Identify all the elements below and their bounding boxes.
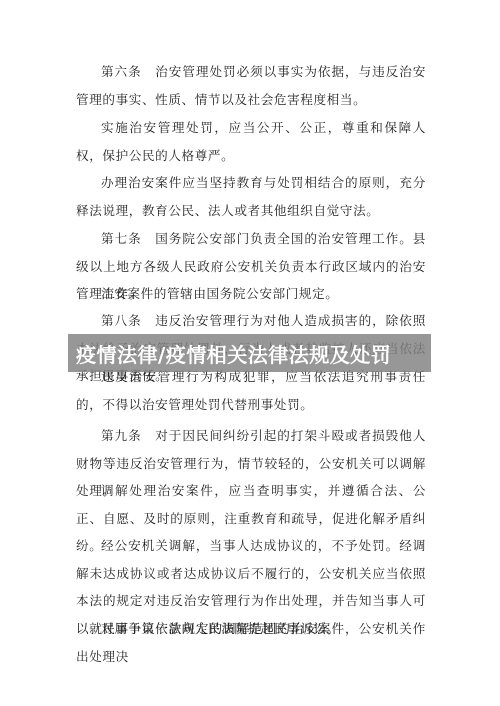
banner-title: 疫情法律/疫情相关法律法规及处罚 (76, 339, 391, 368)
title-banner: 疫情法律/疫情相关法律法规及处罚 (68, 334, 431, 372)
paragraph-article-9-clause-4: 对属于第一款规定的调解范围的治安案件，公安机关作出处理决 (76, 615, 426, 670)
paragraph-article-6-clause-3: 办理治安案件应当坚持教育与处罚相结合的原则，充分释法说理，教育公民、法人或者其他… (76, 169, 426, 224)
paragraph-article-7-clause-2: 治安案件的管辖由国务院公安部门规定。 (76, 280, 426, 308)
paragraph-article-6-clause-2: 实施治安管理处罚，应当公开、公正，尊重和保障人权，保护公民的人格尊严。 (76, 114, 426, 169)
paragraph-article-6: 第六条 治安管理处罚必须以事实为依据，与违反治安管理的事实、性质、情节以及社会危… (76, 58, 426, 113)
document-page: 第六条 治安管理处罚必须以事实为依据，与违反治安管理的事实、性质、情节以及社会危… (0, 0, 500, 706)
